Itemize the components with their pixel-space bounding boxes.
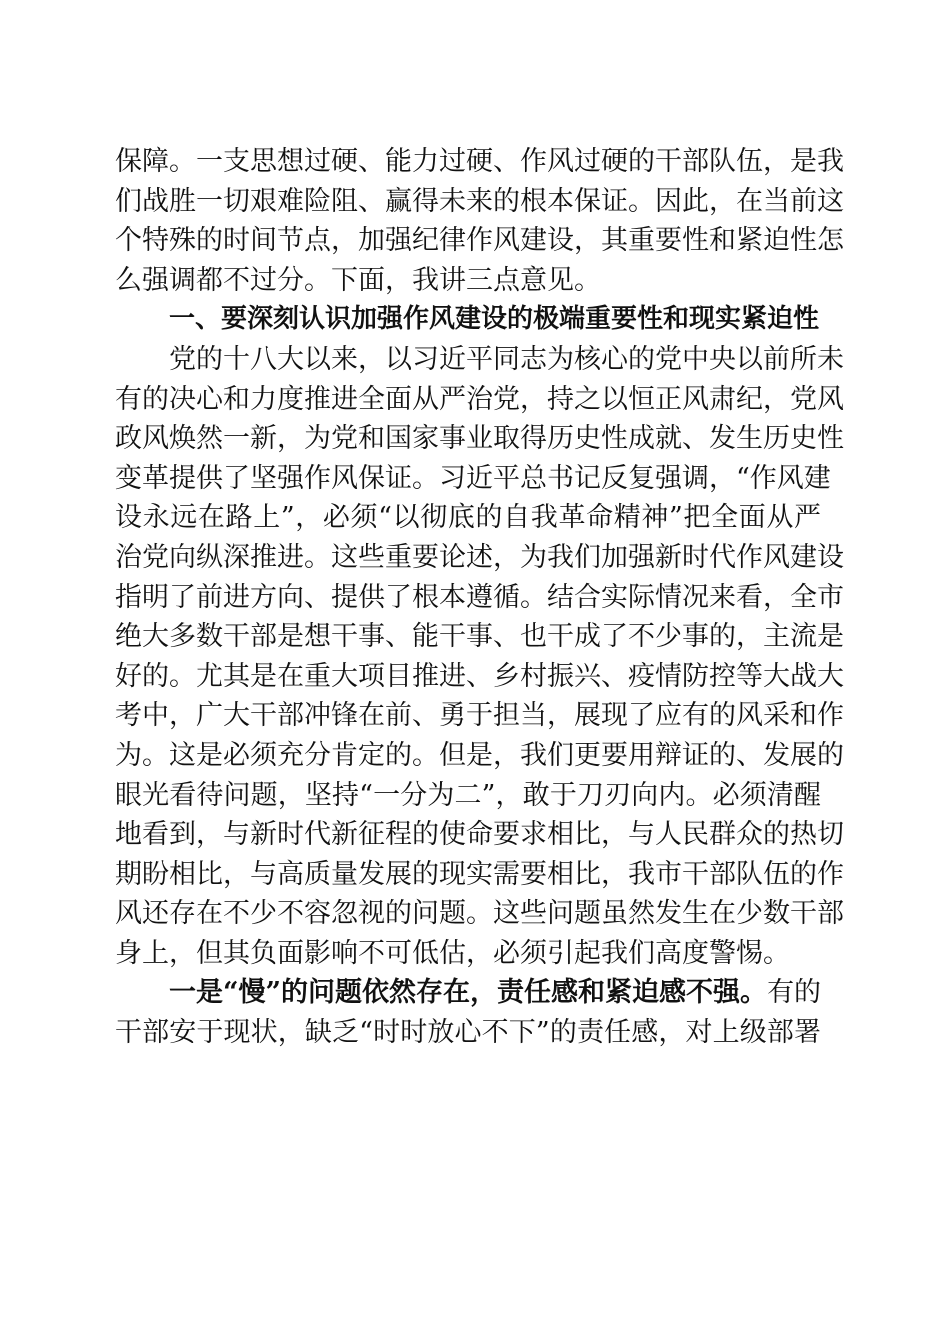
text-line: 指明了前进方向、提供了根本遵循。结合实际情况来看，全市: [115, 578, 821, 618]
text-line: 保障。一支思想过硬、能力过硬、作风过硬的干部队伍，是我: [115, 142, 821, 182]
text-line: 么强调都不过分。下面，我讲三点意见。: [115, 261, 821, 301]
point-lead-sentence: 一是“慢”的问题依然存在，责任感和紧迫感不强。: [169, 977, 767, 1008]
text-line: 为。这是必须充分肯定的。但是，我们更要用辩证的、发展的: [115, 736, 821, 776]
text-line: 地看到，与新时代新征程的使命要求相比，与人民群众的热切: [115, 815, 821, 855]
text-line: 治党向纵深推进。这些重要论述，为我们加强新时代作风建设: [115, 538, 821, 578]
text-line: 身上，但其负面影响不可低估，必须引起我们高度警惕。: [115, 934, 821, 974]
text-line: 一是“慢”的问题依然存在，责任感和紧迫感不强。有的: [115, 973, 821, 1013]
document-page: 保障。一支思想过硬、能力过硬、作风过硬的干部队伍，是我 们战胜一切艰难险阻、赢得…: [115, 142, 821, 1053]
text-line: 个特殊的时间节点，加强纪律作风建设，其重要性和紧迫性怎: [115, 221, 821, 261]
paragraph-intro-continued: 保障。一支思想过硬、能力过硬、作风过硬的干部队伍，是我 们战胜一切艰难险阻、赢得…: [115, 142, 821, 300]
text-line: 期盼相比，与高质量发展的现实需要相比，我市干部队伍的作: [115, 855, 821, 895]
text-line: 党的十八大以来，以习近平同志为核心的党中央以前所未: [115, 340, 821, 380]
section-heading: 一、要深刻认识加强作风建设的极端重要性和现实紧迫性: [115, 300, 821, 340]
paragraph-point-one: 一是“慢”的问题依然存在，责任感和紧迫感不强。有的 干部安于现状，缺乏“时时放心…: [115, 973, 821, 1052]
text-line: 考中，广大干部冲锋在前、勇于担当，展现了应有的风采和作: [115, 696, 821, 736]
section-heading-text: 一、要深刻认识加强作风建设的极端重要性和现实紧迫性: [115, 300, 821, 340]
paragraph-body: 党的十八大以来，以习近平同志为核心的党中央以前所未 有的决心和力度推进全面从严治…: [115, 340, 821, 974]
text-line: 干部安于现状，缺乏“时时放心不下”的责任感，对上级部署: [115, 1013, 821, 1053]
text-run: 有的: [767, 977, 821, 1008]
text-line: 有的决心和力度推进全面从严治党，持之以恒正风肃纪，党风: [115, 380, 821, 420]
text-line: 眼光看待问题，坚持“一分为二”，敢于刀刃向内。必须清醒: [115, 776, 821, 816]
text-line: 们战胜一切艰难险阻、赢得未来的根本保证。因此，在当前这: [115, 182, 821, 222]
text-line: 绝大多数干部是想干事、能干事、也干成了不少事的，主流是: [115, 617, 821, 657]
text-line: 好的。尤其是在重大项目推进、乡村振兴、疫情防控等大战大: [115, 657, 821, 697]
text-line: 风还存在不少不容忽视的问题。这些问题虽然发生在少数干部: [115, 894, 821, 934]
text-line: 设永远在路上”，必须“以彻底的自我革命精神”把全面从严: [115, 498, 821, 538]
text-line: 政风焕然一新，为党和国家事业取得历史性成就、发生历史性: [115, 419, 821, 459]
text-line: 变革提供了坚强作风保证。习近平总书记反复强调，“作风建: [115, 459, 821, 499]
